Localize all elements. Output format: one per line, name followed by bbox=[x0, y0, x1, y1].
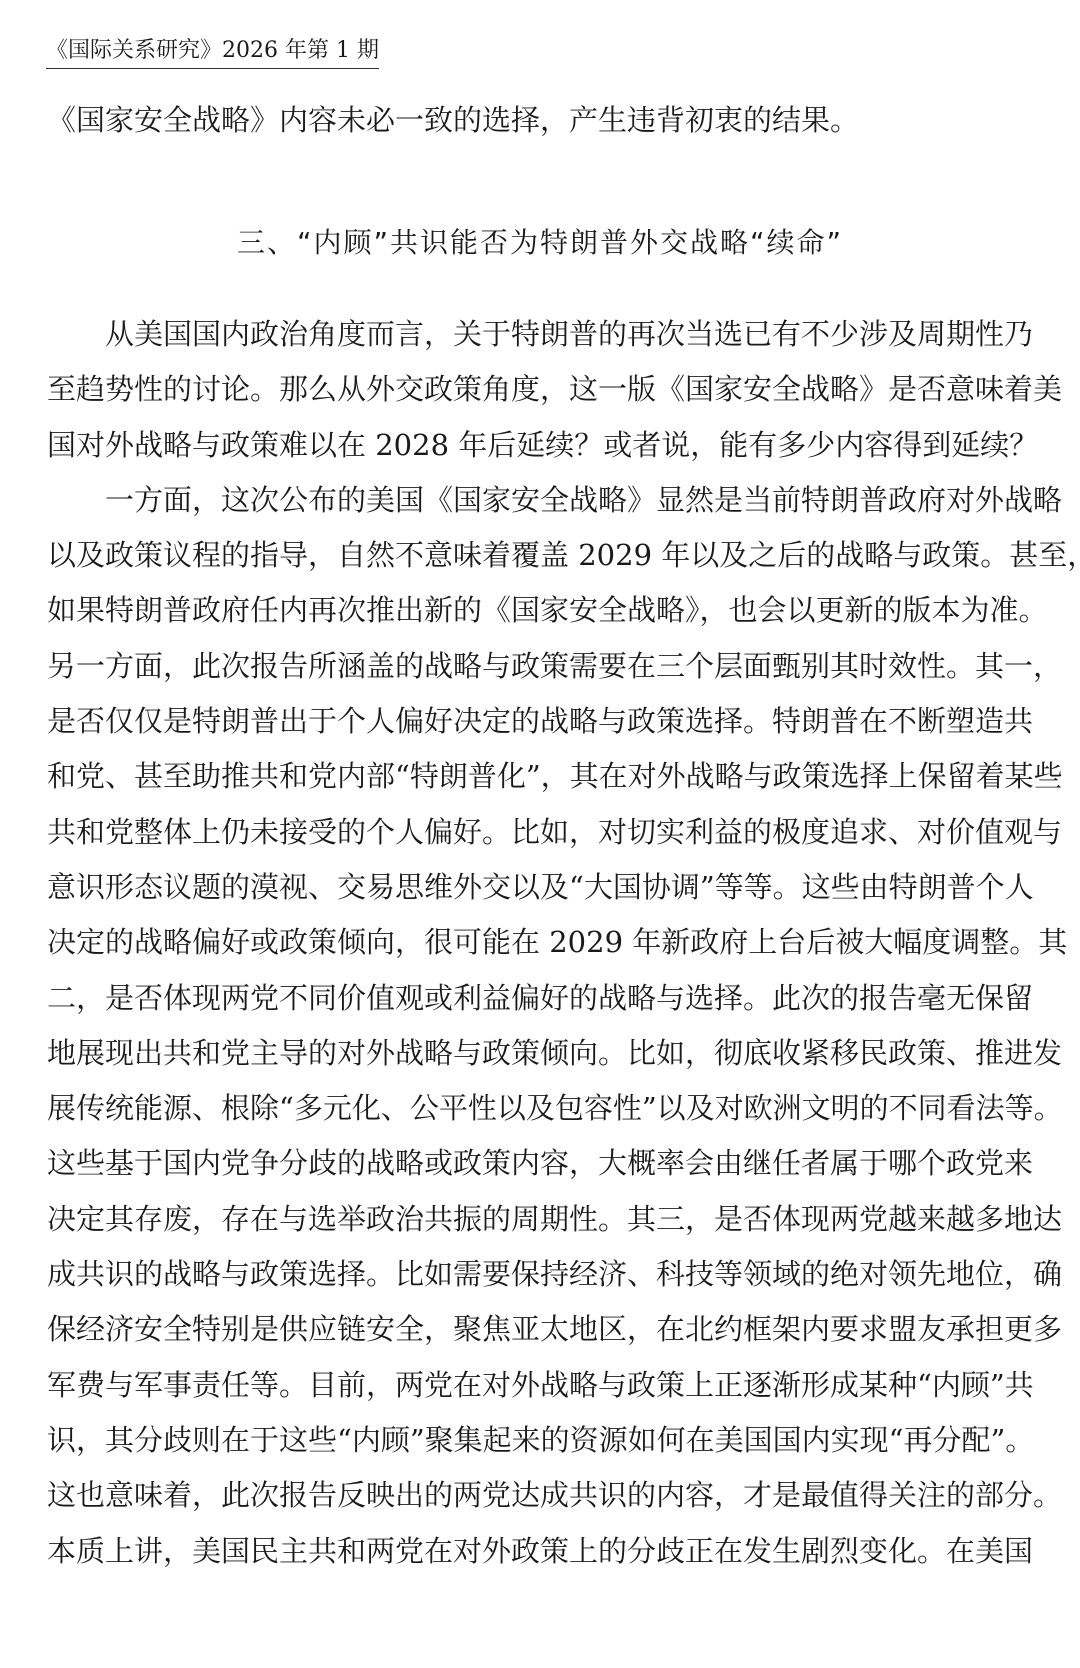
text-line: 本质上讲，美国民主共和两党在对外政策上的分歧正在发生剧烈变化。在美国 bbox=[47, 1524, 991, 1579]
text-line: 另一方面，此次报告所涵盖的战略与政策需要在三个层面甄别其时效性。其一， bbox=[47, 639, 991, 694]
text-line: 从美国国内政治角度而言，关于特朗普的再次当选已有不少涉及周期性乃 bbox=[47, 307, 991, 362]
running-header: 《国际关系研究》2026 年第 1 期 bbox=[46, 36, 379, 69]
text-line: 决定的战略偏好或政策倾向，很可能在 2029 年新政府上台后被大幅度调整。其 bbox=[47, 915, 991, 970]
text-line: 识，其分歧则在于这些“内顾”聚集起来的资源如何在美国国内实现“再分配”。 bbox=[47, 1413, 991, 1468]
text-line: 国对外战略与政策难以在 2028 年后延续？或者说，能有多少内容得到延续？ bbox=[47, 418, 991, 473]
text-line: 是否仅仅是特朗普出于个人偏好决定的战略与政策选择。特朗普在不断塑造共 bbox=[47, 694, 991, 749]
text-line: 地展现出共和党主导的对外战略与政策倾向。比如，彻底收紧移民政策、推进发 bbox=[47, 1026, 991, 1081]
text-line: 这也意味着，此次报告反映出的两党达成共识的内容，才是最值得关注的部分。 bbox=[47, 1468, 991, 1523]
text-line: 以及政策议程的指导，自然不意味着覆盖 2029 年以及之后的战略与政策。甚至， bbox=[47, 528, 991, 583]
text-line: 意识形态议题的漠视、交易思维外交以及“大国协调”等等。这些由特朗普个人 bbox=[47, 860, 991, 915]
text-line: 保经济安全特别是供应链安全，聚焦亚太地区，在北约框架内要求盟友承担更多 bbox=[47, 1302, 991, 1357]
text-line: 共和党整体上仍未接受的个人偏好。比如，对切实利益的极度追求、对价值观与 bbox=[47, 805, 991, 860]
section-title: 三、“内顾”共识能否为特朗普外交战略“续命” bbox=[0, 223, 1080, 263]
text-line: 和党、甚至助推共和党内部“特朗普化”，其在对外战略与政策选择上保留着某些 bbox=[47, 749, 991, 804]
text-line: 如果特朗普政府任内再次推出新的《国家安全战略》，也会以更新的版本为准。 bbox=[47, 583, 991, 638]
carry-over-line: 《国家安全战略》内容未必一致的选择，产生违背初衷的结果。 bbox=[47, 100, 859, 140]
text-line: 军费与军事责任等。目前，两党在对外战略与政策上正逐渐形成某种“内顾”共 bbox=[47, 1358, 991, 1413]
text-line: 一方面，这次公布的美国《国家安全战略》显然是当前特朗普政府对外战略 bbox=[47, 473, 991, 528]
text-line: 展传统能源、根除“多元化、公平性以及包容性”以及对欧洲文明的不同看法等。 bbox=[47, 1081, 991, 1136]
text-line: 决定其存废，存在与选举政治共振的周期性。其三，是否体现两党越来越多地达 bbox=[47, 1192, 991, 1247]
text-line: 成共识的战略与政策选择。比如需要保持经济、科技等领域的绝对领先地位，确 bbox=[47, 1247, 991, 1302]
text-line: 二，是否体现两党不同价值观或利益偏好的战略与选择。此次的报告毫无保留 bbox=[47, 971, 991, 1026]
text-line: 至趋势性的讨论。那么从外交政策角度，这一版《国家安全战略》是否意味着美 bbox=[47, 362, 991, 417]
body-text: 从美国国内政治角度而言，关于特朗普的再次当选已有不少涉及周期性乃至趋势性的讨论。… bbox=[47, 307, 991, 1579]
text-line: 这些基于国内党争分歧的战略或政策内容，大概率会由继任者属于哪个政党来 bbox=[47, 1136, 991, 1191]
